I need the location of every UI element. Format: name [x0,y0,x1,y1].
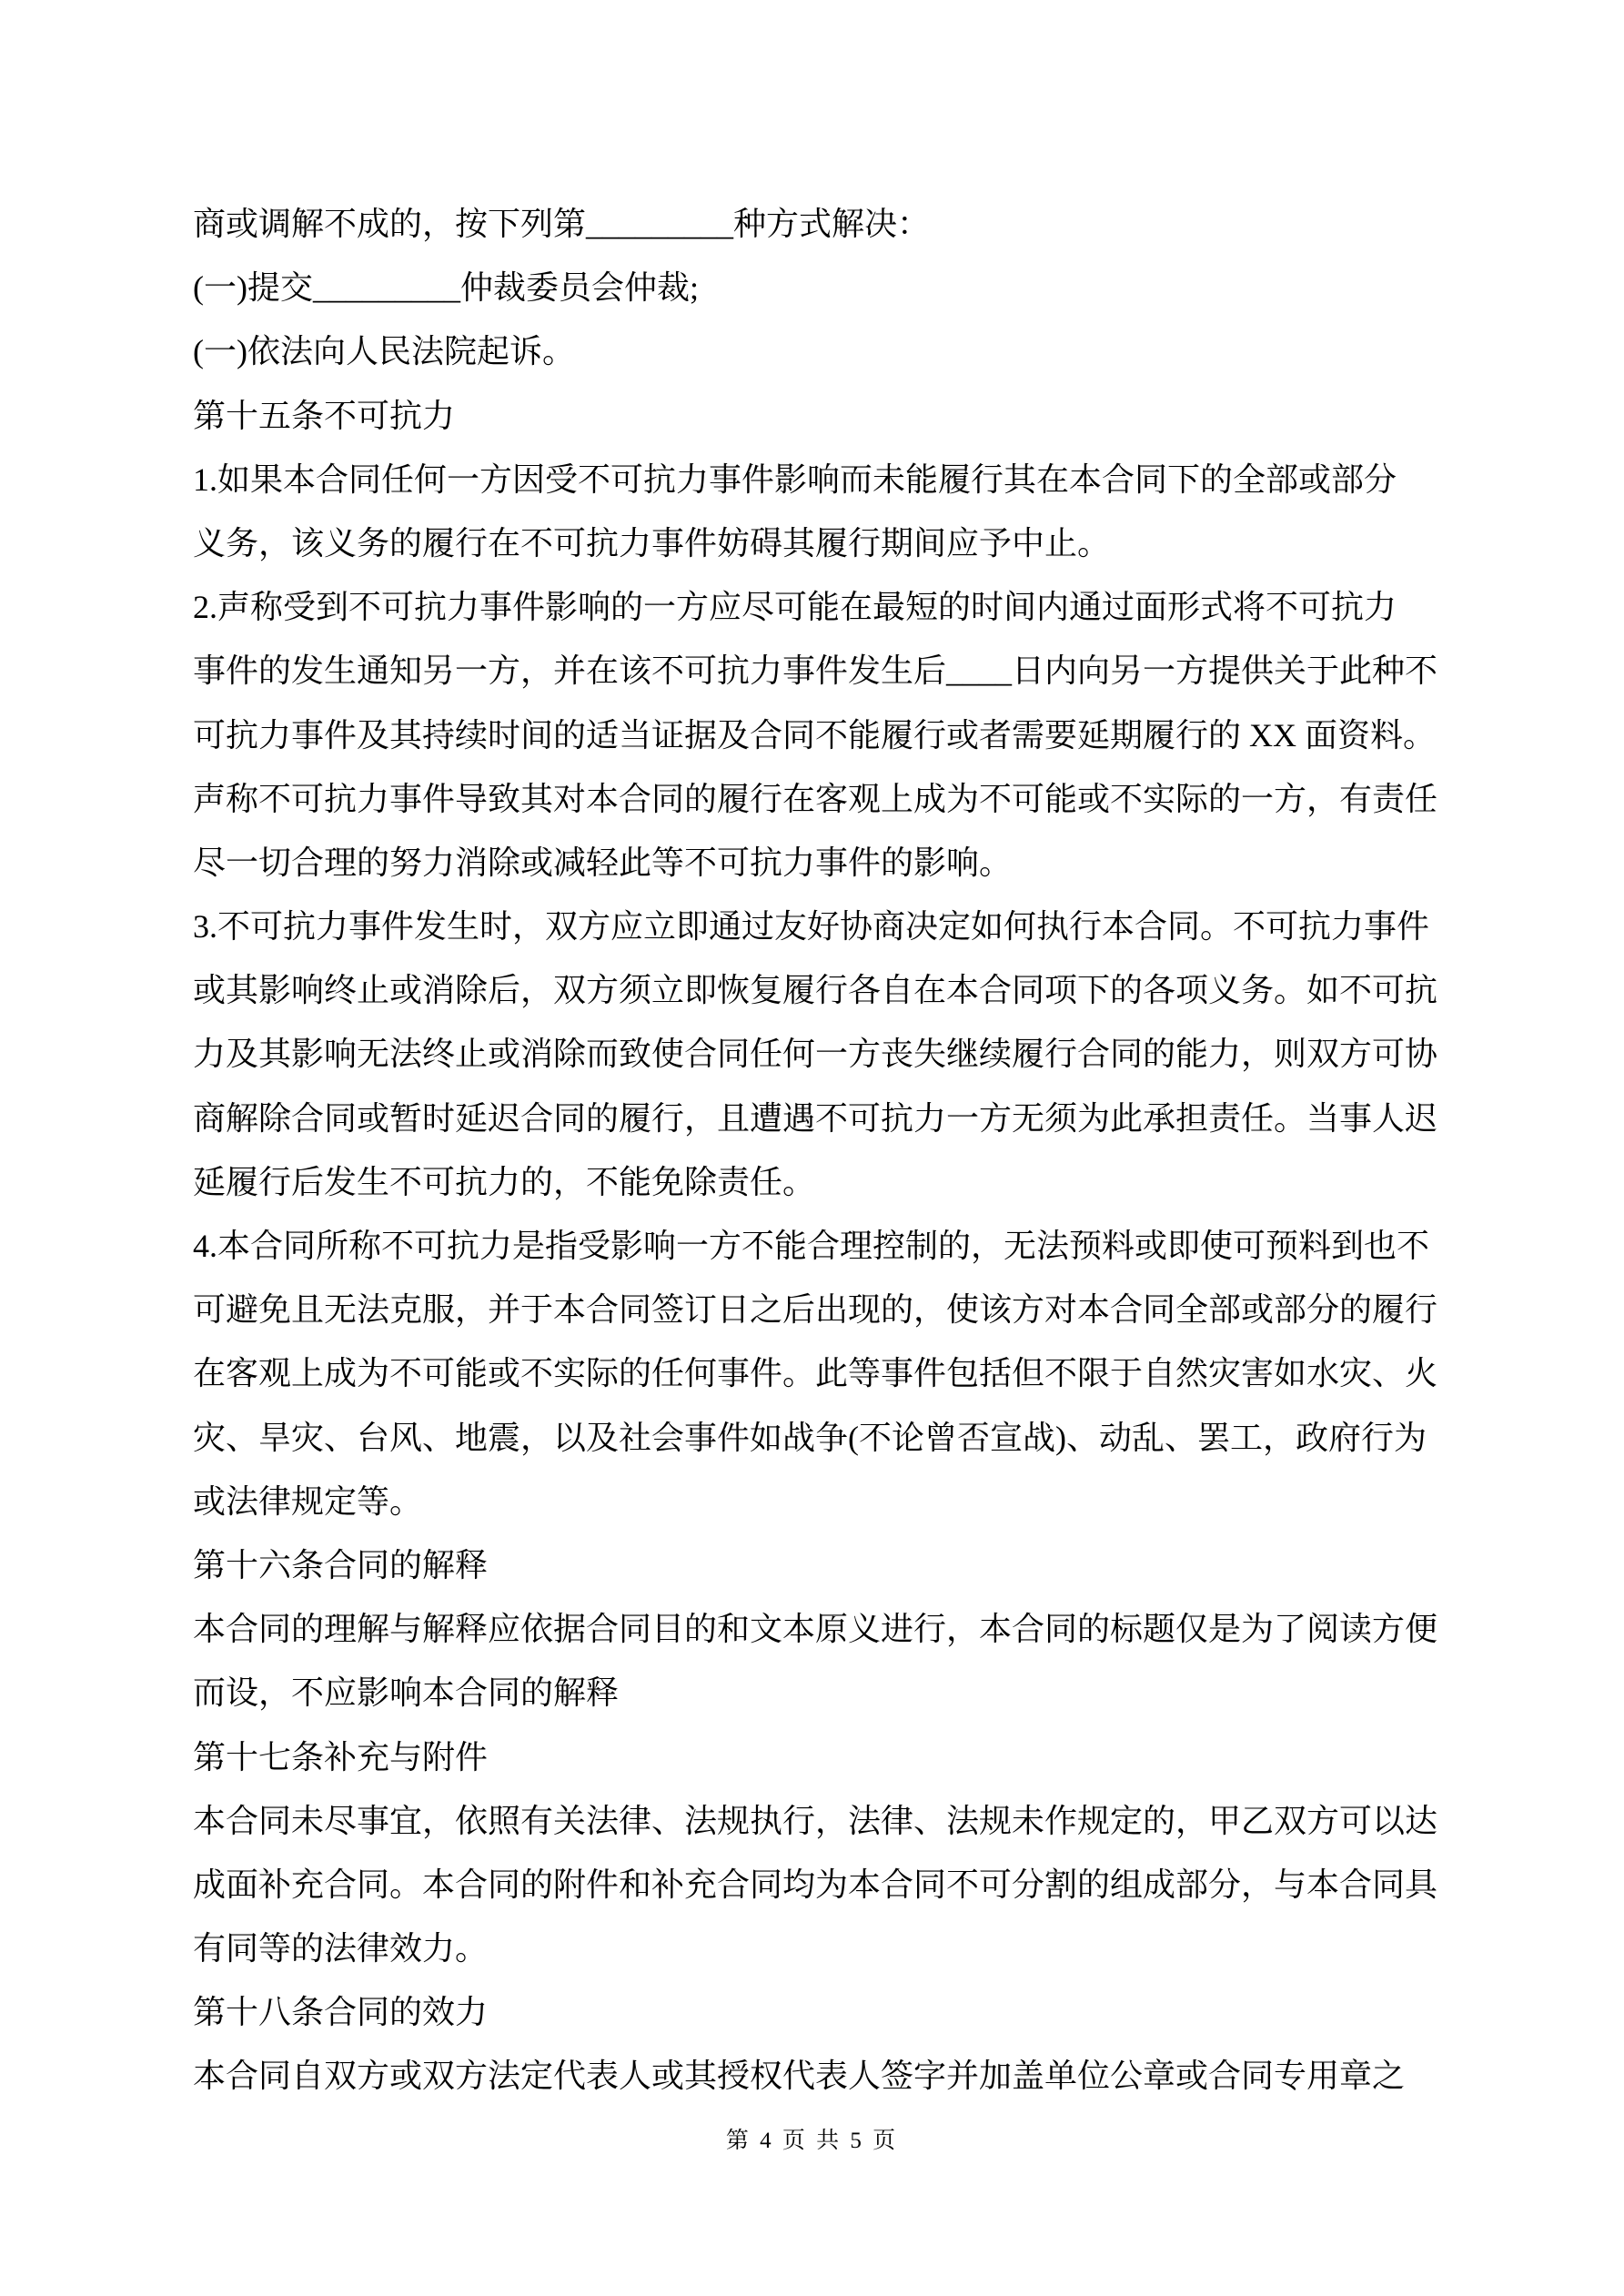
section-heading: 第十八条合同的效力 [193,1980,1435,2044]
document-page: 商或调解不成的，按下列第_________种方式解决：(一)提交________… [0,0,1624,2296]
document-line: 商或调解不成的，按下列第_________种方式解决： [193,192,1435,256]
document-line: 可避免且无法克服，并于本合同签订日之后出现的，使该方对本合同全部或部分的履行 [193,1278,1435,1341]
document-line: 或法律规定等。 [193,1470,1435,1533]
document-line: 商解除合同或暂时延迟合同的履行，且遭遇不可抗力一方无须为此承担责任。当事人迟 [193,1087,1435,1150]
document-line: 义务，该义务的履行在不可抗力事件妨碍其履行期间应予中止。 [193,511,1435,575]
document-line: 在客观上成为不可能或不实际的任何事件。此等事件包括但不限于自然灾害如水灾、火 [193,1341,1435,1405]
document-line: 有同等的法律效力。 [193,1917,1435,1980]
document-line: 可抗力事件及其持续时间的适当证据及合同不能履行或者需要延期履行的 XX 面资料。 [193,703,1435,767]
document-line: 4.本合同所称不可抗力是指受影响一方不能合理控制的，无法预料或即使可预料到也不 [193,1214,1435,1278]
page-footer: 第 4 页 共 5 页 [0,2126,1624,2157]
section-heading: 第十七条补充与附件 [193,1725,1435,1789]
document-line: 声称不可抗力事件导致其对本合同的履行在客观上成为不可能或不实际的一方，有责任 [193,767,1435,831]
document-line: 而设，不应影响本合同的解释 [193,1661,1435,1725]
document-line: (一)依法向人民法院起诉。 [193,319,1435,383]
document-line: 本合同的理解与解释应依据合同目的和文本原义进行，本合同的标题仅是为了阅读方便 [193,1597,1435,1661]
document-content: 商或调解不成的，按下列第_________种方式解决：(一)提交________… [193,192,1435,2109]
document-line: 尽一切合理的努力消除或减轻此等不可抗力事件的影响。 [193,831,1435,895]
document-line: (一)提交_________仲裁委员会仲裁; [193,256,1435,319]
document-line: 3.不可抗力事件发生时，双方应立即通过友好协商决定如何执行本合同。不可抗力事件 [193,895,1435,958]
document-line: 或其影响终止或消除后，双方须立即恢复履行各自在本合同项下的各项义务。如不可抗 [193,958,1435,1022]
document-line: 延履行后发生不可抗力的，不能免除责任。 [193,1150,1435,1214]
document-line: 2.声称受到不可抗力事件影响的一方应尽可能在最短的时间内通过面形式将不可抗力 [193,575,1435,639]
document-line: 本合同自双方或双方法定代表人或其授权代表人签字并加盖单位公章或合同专用章之 [193,2044,1435,2108]
section-heading: 第十六条合同的解释 [193,1533,1435,1597]
document-line: 1.如果本合同任何一方因受不可抗力事件影响而未能履行其在本合同下的全部或部分 [193,448,1435,511]
document-line: 灾、旱灾、台风、地震，以及社会事件如战争(不论曾否宣战)、动乱、罢工，政府行为 [193,1406,1435,1470]
document-line: 成面补充合同。本合同的附件和补充合同均为本合同不可分割的组成部分，与本合同具 [193,1853,1435,1917]
section-heading: 第十五条不可抗力 [193,384,1435,448]
document-line: 力及其影响无法终止或消除而致使合同任何一方丧失继续履行合同的能力，则双方可协 [193,1022,1435,1086]
document-line: 事件的发生通知另一方，并在该不可抗力事件发生后____日内向另一方提供关于此种不 [193,639,1435,703]
document-line: 本合同未尽事宜，依照有关法律、法规执行，法律、法规未作规定的，甲乙双方可以达 [193,1789,1435,1853]
